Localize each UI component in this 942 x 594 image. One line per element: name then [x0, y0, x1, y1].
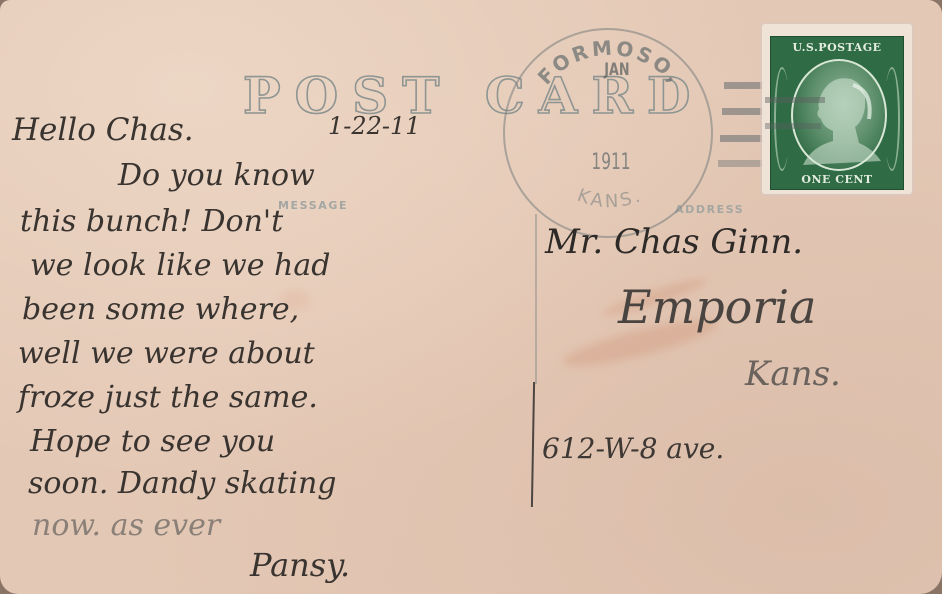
cancellation-bar	[765, 97, 825, 103]
cancellation-bar	[765, 123, 821, 129]
message-line: now. as ever	[32, 508, 220, 543]
cancellation-bar	[720, 135, 768, 142]
stamp-bottom-text: ONE CENT	[771, 173, 903, 186]
message-date: 1-22-11	[328, 112, 421, 140]
message-line: Hope to see you	[30, 424, 275, 459]
stamp-face: U.S.POSTAGE ONE CENT	[770, 36, 904, 190]
message-line: well we were about	[18, 336, 315, 371]
message-line: soon. Dandy skating	[28, 466, 337, 501]
cancellation-bar	[718, 160, 768, 167]
message-label: MESSAGE	[278, 199, 348, 212]
recipient-street: 612-W-8 ave.	[542, 432, 724, 465]
postmark-year: 1911	[591, 150, 630, 175]
postmark: FORMOSO, KANS. JAN 1911	[503, 28, 713, 238]
postmark-state: KANS.	[574, 185, 645, 213]
message-line: we look like we had	[30, 248, 330, 283]
center-divider	[535, 214, 537, 384]
postcard-back: POST CARD MESSAGE ADDRESS FORMOSO, KANS.…	[0, 0, 942, 594]
postage-stamp: U.S.POSTAGE ONE CENT	[762, 24, 912, 194]
recipient-city: Emporia	[618, 280, 816, 334]
stamp-top-text: U.S.POSTAGE	[771, 41, 903, 54]
recipient-state: Kans.	[745, 354, 841, 394]
message-line: been some where,	[22, 292, 299, 327]
message-greeting: Hello Chas.	[12, 112, 194, 148]
message-line: Do you know	[118, 158, 315, 193]
postmark-month: JAN	[604, 60, 629, 80]
laurel-left-icon	[774, 67, 790, 171]
recipient-name: Mr. Chas Ginn.	[545, 222, 803, 262]
message-line: froze just the same.	[18, 380, 318, 415]
franklin-portrait-icon	[791, 59, 887, 171]
message-signature: Pansy.	[250, 546, 350, 584]
center-divider-traced	[531, 382, 535, 507]
svg-text:KANS.: KANS.	[574, 185, 645, 213]
message-line: this bunch! Don't	[20, 204, 283, 239]
